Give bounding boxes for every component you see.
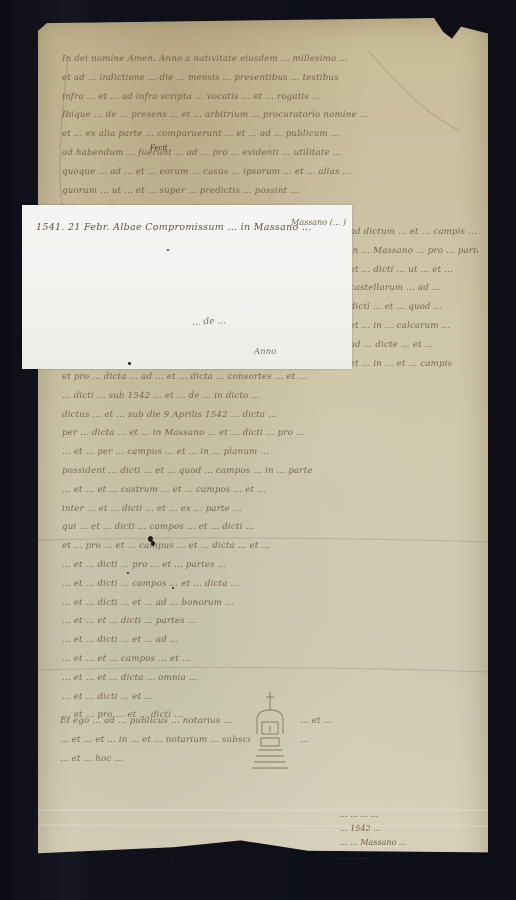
manuscript-text-body: et pro ... dicta ... ad ... et ... dicta… (62, 368, 482, 725)
manuscript-line: per ... dicta ... et ... in Massano ... … (62, 424, 482, 443)
manuscript-line: ... et ... per ... campus ... et ... in … (62, 443, 482, 462)
manuscript-line: ... et ... dicti ... et ... ad ... bonor… (62, 594, 482, 613)
label-corner-note: Massano (... ) (291, 218, 346, 227)
manuscript-line: In dei nomine Amen. Anno a nativitate ei… (62, 50, 482, 69)
manuscript-line: ... ad dictum ... et ... campis ... (338, 223, 478, 242)
label-signature-secondary: Anno (254, 347, 276, 357)
marginal-note: Fecit (150, 144, 168, 152)
manuscript-line: Ibique ... de ... presens ... et ... arb… (62, 106, 482, 125)
manuscript-line: ... dicti ... sub 1542 ... et ... de ...… (62, 387, 482, 406)
label-speck (167, 249, 169, 251)
manuscript-line: quoque ... ad ... et ... eorum ... casus… (62, 163, 482, 182)
bottom-annotations: ... ... ... ... ... 1542 ... ... ... Mas… (340, 808, 480, 864)
manuscript-line: ... et ... dicti ... ut ... et ... (338, 261, 478, 280)
ink-blot (171, 858, 173, 860)
manuscript-line: infra ... et ... ad infra scripta ... vo… (62, 88, 482, 107)
archival-label: 1541. 21 Febr. Albae Compromissum ... in… (22, 205, 352, 369)
manuscript-line: quorum ... ut ... et ... super ... predi… (62, 182, 482, 201)
manuscript-line: et ... ex alia parte ... comparuerunt ..… (62, 125, 482, 144)
manuscript-line: ad habendum ... fuerunt ... ad ... pro .… (62, 144, 482, 163)
manuscript-line: ... et ... et ... dicta ... omnia ... (62, 669, 482, 688)
manuscript-line: ... ad ... dicte ... et ... (338, 336, 478, 355)
manuscript-line: et pro ... dicta ... ad ... et ... dicta… (62, 368, 482, 387)
manuscript-line: ... et ... et ... in ... et ... notarium… (60, 731, 250, 750)
manuscript-line: ... in ... Massano ... pro ... parte (338, 242, 478, 261)
annotation-line: ... ... ... (340, 850, 480, 864)
label-signature: ... de ... (192, 316, 226, 328)
manuscript-line: ... dicti ... et ... quod ... (338, 298, 478, 317)
manuscript-line: et ad ... indictione ... die ... mensis … (62, 69, 482, 88)
ink-blot (172, 587, 174, 589)
manuscript-line: ... et ... et ... campos ... et ... (62, 650, 482, 669)
manuscript-line: et ... pro ... et ... campus ... et ... … (62, 537, 482, 556)
manuscript-text-top: In dei nomine Amen. Anno a nativitate ei… (62, 50, 482, 219)
manuscript-line: qui ... et ... dicti ... campos ... et .… (62, 518, 482, 537)
manuscript-line: ... et ... in ... calcarum ... (338, 317, 478, 336)
manuscript-line: ... (300, 731, 480, 750)
manuscript-line: ... et ... hoc ... (60, 750, 180, 769)
manuscript-line: ... et ... dicti ... pro ... et ... part… (62, 556, 482, 575)
ink-blot (127, 572, 129, 574)
annotation-line: ... ... ... ... (340, 808, 480, 822)
notary-sign-icon (247, 690, 293, 774)
manuscript-line: inter ... et ... dicti ... et ... ex ...… (62, 500, 482, 519)
manuscript-line: ... et ... dicti ... et ... ad ... (62, 631, 482, 650)
annotation-line: ... 1542 ... (340, 822, 480, 836)
notary-closing-text-right: ... et ... ... (300, 712, 480, 750)
manuscript-line: ... et ... dicti ... campos ... et ... d… (62, 575, 482, 594)
manuscript-line: ... et ... et ... dicti ... partes ... (62, 612, 482, 631)
label-speck (128, 362, 131, 365)
manuscript-line: ... et ... (300, 712, 480, 731)
manuscript-text-right: ... ad dictum ... et ... campis ... ... … (338, 223, 478, 373)
manuscript-line: dictus ... et ... sub die 9 Aprilis 1542… (62, 406, 482, 425)
manuscript-line: ... et ... et ... castrum ... et ... cam… (62, 481, 482, 500)
manuscript-line: Et ego ... ad ... publicus ... notarius … (60, 712, 250, 731)
manuscript-line: ... castellarum ... ad ... (338, 279, 478, 298)
manuscript-line: possident ... dicti ... et ... quod ... … (62, 462, 482, 481)
annotation-line: ... ... Massano ... (340, 836, 480, 850)
ink-blot (151, 541, 155, 546)
